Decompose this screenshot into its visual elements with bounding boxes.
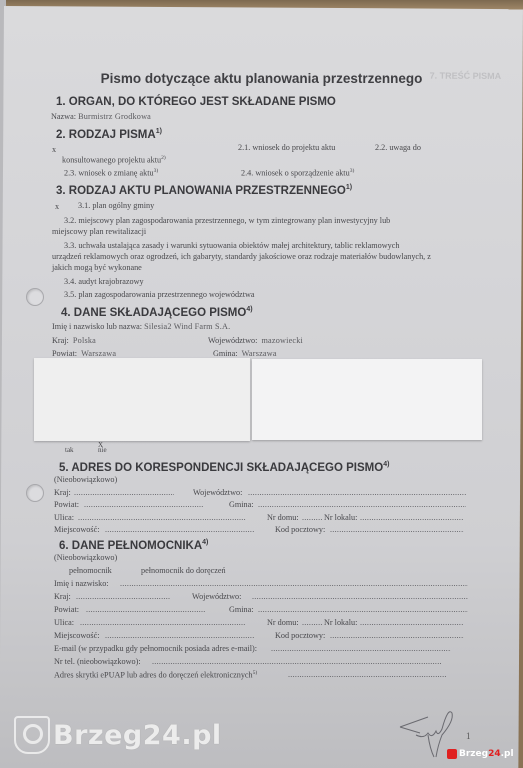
- checkbox-2-1-mark[interactable]: x: [52, 145, 56, 154]
- applicant-country-row: Kraj: Polska: [52, 336, 96, 345]
- proxy-voivodeship-field[interactable]: ........................................…: [252, 592, 468, 601]
- proxy-commune-field[interactable]: ........................................…: [258, 605, 468, 614]
- option-yes[interactable]: tak: [65, 446, 74, 454]
- section-6-heading: 6. DANE PEŁNOMOCNIKA4): [59, 539, 208, 552]
- applicant-name-value: Silesia2 Wind Farm S.A.: [144, 322, 230, 331]
- option-3-1[interactable]: 3.1. plan ogólny gminy: [78, 201, 154, 210]
- corr-flat-field[interactable]: ........................................…: [360, 513, 464, 522]
- corr-city-label: Miejscowość:: [54, 525, 99, 534]
- corr-voivodeship-label: Województwo:: [193, 488, 242, 497]
- proxy-county-label: Powiat:: [54, 605, 79, 614]
- section-5-optional-note: (Nieobowiązkowo): [54, 475, 117, 484]
- option-3-5[interactable]: 3.5. plan zagospodarowania przestrzenneg…: [64, 290, 255, 299]
- anchor-shield-icon: [14, 716, 50, 754]
- proxy-house-label: Nr domu:: [267, 618, 299, 627]
- section-3-heading: 3. RODZAJ AKTU PLANOWANIA PRZESTRZENNEGO…: [56, 184, 352, 197]
- option-3-2-cont: miejscowy plan rewitalizacji: [52, 227, 146, 236]
- redaction-patch-left: [34, 358, 250, 441]
- corr-county-field[interactable]: ........................................…: [84, 500, 204, 509]
- section-2-heading: 2. RODZAJ PISMA1): [56, 128, 162, 141]
- proxy-country-label: Kraj:: [54, 592, 71, 601]
- proxy-voivodeship-label: Województwo:: [192, 592, 241, 601]
- section-6-optional-note: (Nieobowiązkowo): [54, 553, 117, 562]
- proxy-email-label: E-mail (w przypadku gdy pełnomocnik posi…: [54, 644, 257, 653]
- section-1-heading: 1. ORGAN, DO KTÓREGO JEST SKŁADANE PISMO: [56, 96, 336, 108]
- corr-commune-label: Gmina:: [229, 500, 254, 509]
- proxy-postcode-label: Kod pocztowy:: [275, 631, 325, 640]
- corr-country-label: Kraj:: [54, 488, 71, 497]
- option-3-3[interactable]: 3.3. uchwała ustalająca zasady i warunki…: [64, 241, 400, 250]
- corr-commune-field[interactable]: ........................................…: [258, 500, 466, 509]
- proxy-city-label: Miejscowość:: [54, 631, 99, 640]
- organ-name-label: Nazwa:: [51, 112, 76, 121]
- applicant-commune-value: Warszawa: [242, 349, 277, 358]
- brand-shield-icon: [447, 749, 457, 759]
- punch-hole: [26, 288, 44, 306]
- page-number: 1: [466, 731, 471, 741]
- corr-postcode-label: Kod pocztowy:: [275, 525, 325, 534]
- proxy-country-field[interactable]: ........................................…: [76, 592, 170, 601]
- proxy-name-label: Imię i nazwisko:: [54, 579, 109, 588]
- corr-postcode-field[interactable]: ........................................…: [330, 525, 464, 534]
- proxy-phone-field[interactable]: ........................................…: [152, 657, 442, 666]
- redaction-patch-right: [252, 359, 482, 440]
- section-5-heading: 5. ADRES DO KORESPONDENCJI SKŁADAJĄCEGO …: [59, 461, 389, 474]
- proxy-flat-label: Nr lokalu:: [324, 618, 357, 627]
- watermark-small: Brzeg24.pl: [447, 749, 514, 759]
- corr-county-label: Powiat:: [54, 500, 79, 509]
- proxy-epuap-label: Adres skrytki ePUAP lub adres do doręcze…: [54, 670, 257, 680]
- corr-city-field[interactable]: ........................................…: [105, 525, 255, 534]
- applicant-county-row: Powiat: Warszawa: [52, 349, 116, 358]
- section-4-heading: 4. DANE SKŁADAJĄCEGO PISMO4): [61, 306, 253, 319]
- applicant-voivodeship-row: Województwo: mazowiecki: [208, 336, 303, 345]
- proxy-city-field[interactable]: ........................................…: [105, 631, 255, 640]
- option-2-2-cont: konsultowanego projektu aktu2): [62, 155, 166, 165]
- proxy-name-field[interactable]: ........................................…: [120, 579, 468, 588]
- document-title: Pismo dotyczące aktu planowania przestrz…: [0, 71, 523, 86]
- option-3-4[interactable]: 3.4. audyt krajobrazowy: [64, 277, 144, 286]
- option-proxy[interactable]: pełnomocnik: [69, 566, 112, 575]
- proxy-street-label: Ulica:: [54, 618, 74, 627]
- corr-street-field[interactable]: ........................................…: [78, 513, 246, 522]
- option-3-3-cont-1: urządzeń reklamowych oraz ogrodzeń, ich …: [52, 252, 431, 261]
- option-2-1[interactable]: 2.1. wniosek do projektu aktu: [238, 143, 335, 152]
- proxy-phone-label: Nr tel. (nieobowiązkowo):: [54, 657, 141, 666]
- checkbox-3-1-mark[interactable]: x: [55, 202, 59, 211]
- proxy-house-field[interactable]: ........................................…: [302, 618, 322, 627]
- corr-flat-label: Nr lokalu:: [324, 513, 357, 522]
- applicant-commune-row: Gmina: Warszawa: [213, 349, 277, 358]
- proxy-commune-label: Gmina:: [229, 605, 254, 614]
- option-no[interactable]: Xnie: [98, 446, 107, 454]
- proxy-county-field[interactable]: ........................................…: [86, 605, 206, 614]
- option-2-3[interactable]: 2.3. wniosek o zmianę aktu3): [64, 168, 158, 178]
- watermark-large: Brzeg24.pl: [14, 716, 222, 754]
- option-2-4[interactable]: 2.4. wniosek o sporządzenie aktu3): [241, 168, 354, 178]
- option-2-2[interactable]: 2.2. uwaga do: [375, 143, 421, 152]
- proxy-postcode-field[interactable]: ........................................…: [330, 631, 464, 640]
- proxy-email-field[interactable]: ........................................…: [271, 644, 451, 653]
- proxy-flat-field[interactable]: ........................................…: [360, 618, 464, 627]
- corr-street-label: Ulica:: [54, 513, 74, 522]
- corr-house-field[interactable]: ........................................…: [302, 513, 322, 522]
- corr-country-field[interactable]: ........................................…: [74, 488, 174, 497]
- watermark-text: Brzeg24.pl: [53, 720, 222, 751]
- option-proxy-delivery[interactable]: pełnomocnik do doręczeń: [141, 566, 226, 575]
- option-3-3-cont-2: jakich mogą być wykonane: [52, 263, 142, 272]
- proxy-epuap-field[interactable]: ........................................…: [288, 670, 446, 679]
- applicant-county-value: Warszawa: [81, 349, 116, 358]
- organ-name-row: Nazwa: Burmistrz Grodkowa: [51, 112, 151, 121]
- corr-voivodeship-field[interactable]: ........................................…: [248, 488, 466, 497]
- proxy-street-field[interactable]: ........................................…: [80, 618, 246, 627]
- applicant-name-row: Imię i nazwisko lub nazwa: Silesia2 Wind…: [52, 322, 230, 331]
- punch-hole: [26, 484, 44, 502]
- option-3-2[interactable]: 3.2. miejscowy plan zagospodarowania prz…: [64, 216, 390, 225]
- organ-name-value: Burmistrz Grodkowa: [78, 112, 151, 121]
- watermark-small-text: Brzeg24.pl: [459, 749, 514, 759]
- applicant-voivodeship-value: mazowiecki: [261, 336, 303, 345]
- corr-house-label: Nr domu:: [267, 513, 299, 522]
- applicant-country-value: Polska: [73, 336, 96, 345]
